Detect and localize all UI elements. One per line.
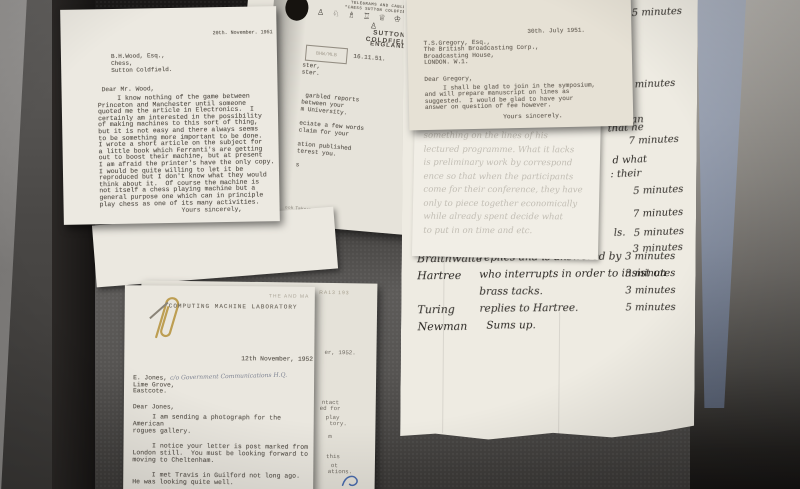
- wood-letter-date: 20th. November. 1951: [61, 29, 273, 39]
- blue-ink-mark: [341, 473, 367, 489]
- bbc-letter-body: I shall be glad to join in the symposium…: [425, 82, 615, 112]
- bbc-letter-recipient: T.S.Gregory, Esq., The British Broadcast…: [424, 39, 540, 67]
- under-letter-fragment: tory.: [329, 420, 347, 427]
- wood-letter: 20th. November. 1951 B.H.Wood, Esq., Che…: [60, 6, 280, 225]
- archive-box-photo: TELEGRAMS AND CABLES “CHESS SUTTON COLDF…: [0, 0, 800, 489]
- chess-letter-date: 16.11.51.: [353, 53, 386, 63]
- under-letter-fragment: ations.: [328, 468, 352, 475]
- address-fragment: ster, ster.: [302, 61, 321, 77]
- jones-letter: COMPUTING MACHINE LABORATORY THE AND MA …: [123, 285, 315, 489]
- schedule-time: 3 minutes: [625, 283, 689, 299]
- schedule-action: who interrupts in order to insist on: [479, 266, 625, 282]
- jones-letter-recipient: E. Jones, Lime Grove, Eastcote.: [133, 375, 175, 395]
- reference-code: BHW/MLB: [306, 46, 347, 63]
- margin-note: d what: [612, 154, 647, 166]
- schedule-action: replies to Hartree.: [479, 300, 625, 316]
- jones-letter-salutation: Dear Jones,: [133, 403, 175, 410]
- symposium-schedule: Braithwaitereplies and is answered by3 m…: [417, 249, 690, 334]
- bbc-letter: 30th. July 1951. T.S.Gregory, Esq., The …: [407, 0, 634, 130]
- margin-note: ls.: [614, 227, 626, 238]
- bbc-letter-closing: Yours sincerely.: [503, 112, 563, 120]
- margin-note: : their: [610, 168, 641, 180]
- schedule-time: 3 minutes: [625, 266, 689, 282]
- pencil-draft-text: something on the lines of his lectured p…: [423, 130, 595, 239]
- wood-letter-recipient: B.H.Wood, Esq., Chess, Sutton Coldfield.: [111, 53, 173, 74]
- paperclip: [150, 291, 186, 347]
- lab-header: COMPUTING MACHINE LABORATORY: [169, 303, 298, 311]
- margin-note: 5 minutes: [633, 184, 684, 197]
- schedule-speaker: Newman: [418, 319, 480, 335]
- schedule-time: [626, 317, 690, 333]
- jones-letter-body: I am sending a photograph for the Americ…: [132, 413, 311, 487]
- margin-note: 7 minutes: [633, 207, 684, 220]
- bbc-letter-date: 30th. July 1951.: [527, 27, 585, 35]
- under-letter-fragment: er, 1952.: [324, 349, 355, 356]
- body-fragments: garbled reports between your m Universit…: [295, 91, 366, 173]
- pencil-archive-note: THE AND MA: [269, 293, 310, 299]
- schedule-time: 5 minutes: [625, 300, 689, 316]
- schedule-speaker: Turing: [417, 302, 479, 318]
- under-letter-fragment: this: [326, 453, 340, 460]
- under-letter-fragment: m: [328, 433, 332, 440]
- schedule-speaker: Hartree: [417, 268, 479, 284]
- jones-letter-date: 12th November, 1952: [241, 355, 313, 363]
- schedule-action: brass tacks.: [479, 283, 625, 299]
- margin-note: 5 minutes: [632, 6, 683, 19]
- pencil-reference-note: RA13 193: [319, 290, 349, 296]
- schedule-action: Sums up.: [480, 317, 626, 333]
- wood-letter-salutation: Dear Mr. Wood,: [101, 85, 154, 93]
- bbc-letter-salutation: Dear Gregory,: [424, 75, 472, 83]
- margin-note: 7 minutes: [628, 134, 679, 147]
- margin-note: 5 minutes: [634, 226, 685, 239]
- handwritten-address-note: c/o Government Communications H.Q.: [170, 372, 287, 382]
- schedule-speaker: [417, 285, 479, 301]
- schedule-time: 3 minutes: [625, 249, 689, 265]
- wood-letter-body: I know nothing of the game between Princ…: [98, 93, 280, 208]
- under-letter-fragment: ed for: [320, 405, 341, 412]
- wood-letter-closing: Yours sincerely,: [182, 206, 243, 214]
